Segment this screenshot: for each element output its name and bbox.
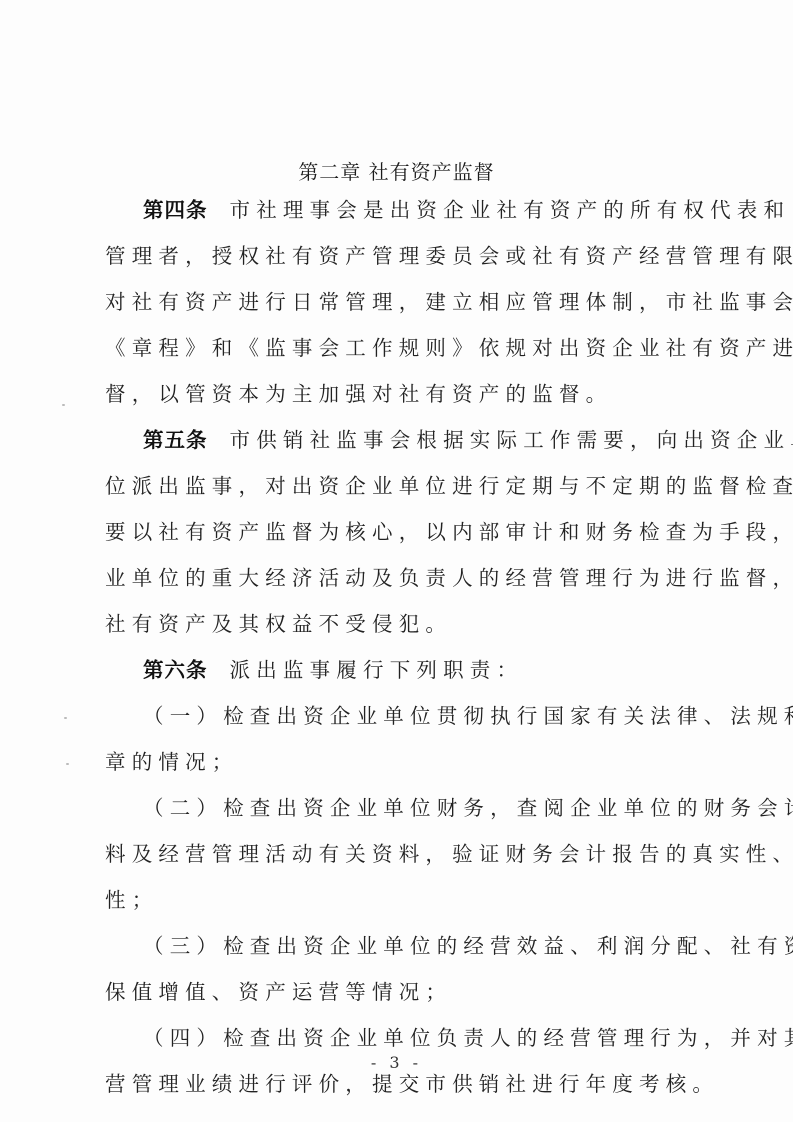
article-4-line: 督，以管资本为主加强对社有资产的监督。 [105, 380, 705, 408]
article-text: 市社理事会是出资企业社有资产的所有权代表和 [230, 198, 791, 222]
duty-1-line: （一）检查出资企业单位贯彻执行国家有关法律、法规和规 [143, 702, 743, 730]
duty-2-line: 料及经营管理活动有关资料，验证财务会计报告的真实性、合法 [105, 840, 705, 868]
page-number: - 3 - [0, 1053, 793, 1072]
article-number: 第四条 [143, 198, 208, 222]
article-4-line: 管理者，授权社有资产管理委员会或社有资产经营管理有限公司 [105, 242, 705, 270]
duty-1-line: 章的情况； [105, 748, 705, 776]
duty-2-line: （二）检查出资企业单位财务，查阅企业单位的财务会计资 [143, 794, 743, 822]
article-text: 派出监事履行下列职责： [230, 658, 524, 682]
article-number: 第五条 [143, 428, 208, 452]
article-number: 第六条 [143, 658, 208, 682]
duty-3-line: 保值增值、资产运营等情况； [105, 978, 705, 1006]
article-5-line: 要以社有资产监督为核心，以内部审计和财务检查为手段，对企 [105, 518, 705, 546]
article-5-line: 位派出监事，对出资企业单位进行定期与不定期的监督检查，主 [105, 472, 705, 500]
article-5-line: 社有资产及其权益不受侵犯。 [105, 610, 705, 638]
article-5-first-line: 第五条市供销社监事会根据实际工作需要，向出资企业单 [143, 426, 743, 454]
chapter-heading: 第二章 社有资产监督 [0, 156, 793, 185]
scan-speck [64, 717, 67, 719]
article-5-line: 业单位的重大经济活动及负责人的经营管理行为进行监督，确保 [105, 564, 705, 592]
article-4-line: 对社有资产进行日常管理，建立相应管理体制，市社监事会按照 [105, 288, 705, 316]
article-6-first-line: 第六条派出监事履行下列职责： [143, 656, 743, 684]
duty-4-line: 营管理业绩进行评价，提交市供销社进行年度考核。 [105, 1070, 705, 1098]
scan-speck [66, 763, 69, 765]
article-text: 市供销社监事会根据实际工作需要，向出资企业单 [230, 428, 793, 452]
document-page: 第二章 社有资产监督 第四条市社理事会是出资企业社有资产的所有权代表和 管理者，… [0, 0, 793, 1122]
duty-3-line: （三）检查出资企业单位的经营效益、利润分配、社有资产 [143, 932, 743, 960]
scan-speck [62, 404, 65, 406]
duty-4-line: （四）检查出资企业单位负责人的经营管理行为，并对其经 [143, 1024, 743, 1052]
duty-2-line: 性； [105, 886, 705, 914]
article-4-first-line: 第四条市社理事会是出资企业社有资产的所有权代表和 [143, 196, 743, 224]
article-4-line: 《章程》和《监事会工作规则》依规对出资企业社有资产进行监 [105, 334, 705, 362]
